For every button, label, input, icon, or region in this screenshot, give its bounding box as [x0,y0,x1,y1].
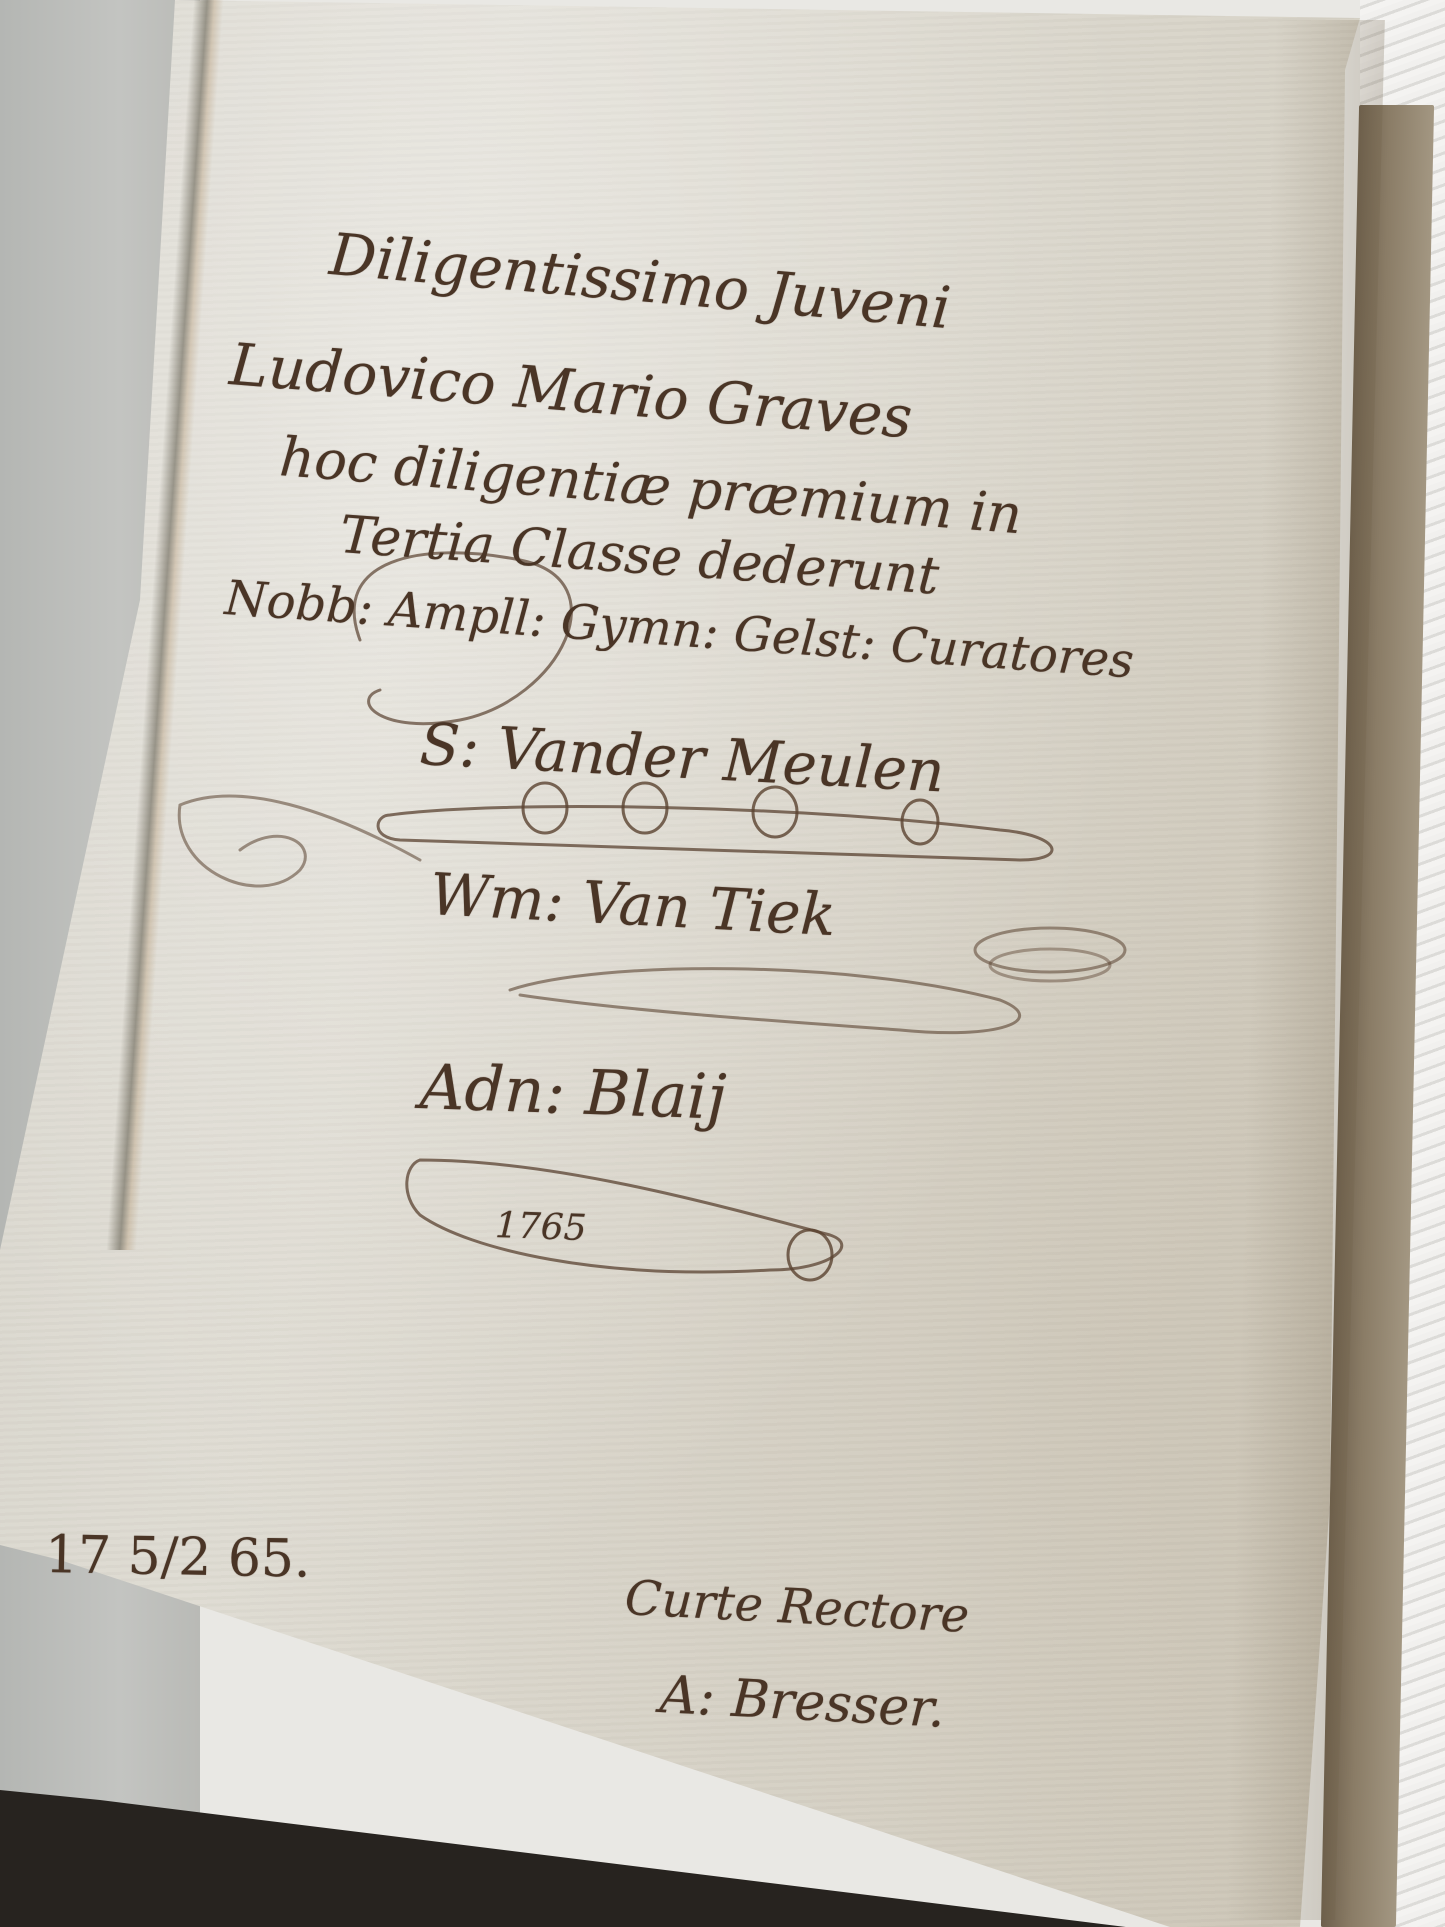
year: 1765 [494,1205,587,1249]
signature-blaij: Adn: Blaij [419,1050,728,1134]
date-note: 17 5/2 65. [44,1525,311,1590]
